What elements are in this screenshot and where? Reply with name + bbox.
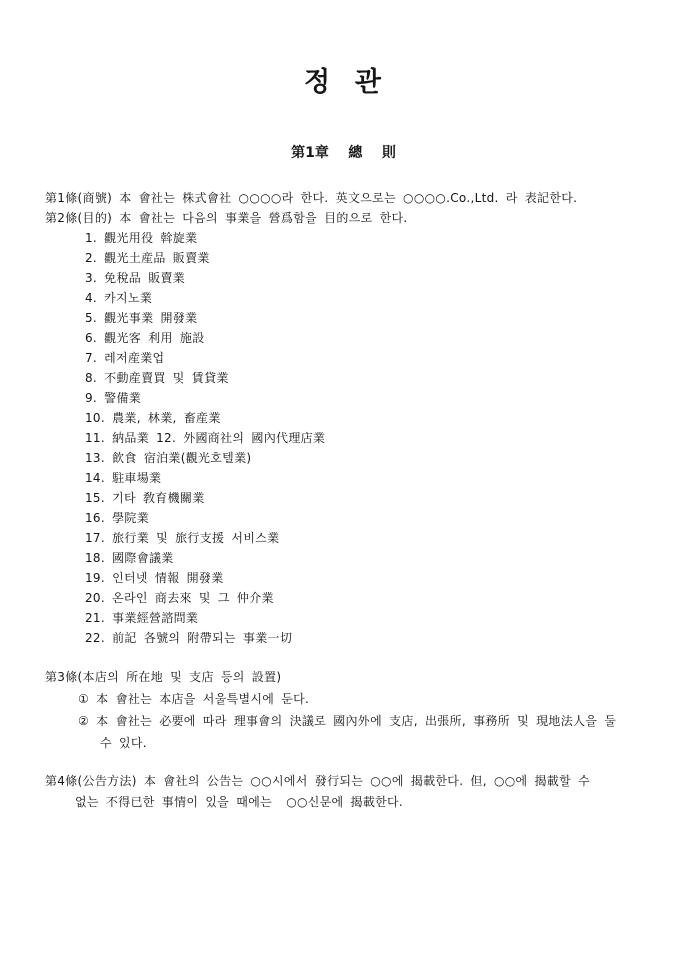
business-item: 15. 기타 敎育機關業 [45, 488, 642, 508]
article-4-line-2: 없는 不得已한 事情이 있을 때에는 ○○신문에 揭載한다. [45, 792, 642, 813]
article-4: 第4條(公告方法) 本 會社의 公告는 ○○시에서 發行되는 ○○에 揭載한다.… [45, 771, 642, 813]
business-item: 8. 不動産賣買 및 賃貸業 [45, 368, 642, 388]
business-item: 4. 카지노業 [45, 288, 642, 308]
business-item: 18. 國際會議業 [45, 548, 642, 568]
business-item: 1. 觀光用役 斡旋業 [45, 228, 642, 248]
business-item: 7. 레저産業업 [45, 348, 642, 368]
business-item: 3. 免稅品 販賣業 [45, 268, 642, 288]
business-item: 14. 駐車場業 [45, 468, 642, 488]
document-body: 第1條(商號) 本 會社는 株式會社 ○○○○라 한다. 英文으로는 ○○○○.… [45, 188, 642, 813]
document-page: 정 관 第1章 總 則 第1條(商號) 本 會社는 株式會社 ○○○○라 한다.… [0, 0, 680, 962]
article-1: 第1條(商號) 本 會社는 株式會社 ○○○○라 한다. 英文으로는 ○○○○.… [45, 188, 642, 208]
business-item: 5. 觀光事業 開發業 [45, 308, 642, 328]
business-item: 2. 觀光土産品 販賣業 [45, 248, 642, 268]
business-item: 10. 農業, 林業, 畜産業 [45, 408, 642, 428]
business-item: 19. 인터넷 情報 開發業 [45, 568, 642, 588]
business-item: 17. 旅行業 및 旅行支援 서비스業 [45, 528, 642, 548]
business-item: 9. 警備業 [45, 388, 642, 408]
article-3-heading: 第3條(本店의 所在地 및 支店 등의 設置) [45, 666, 642, 688]
business-item: 22. 前記 各號의 附帶되는 事業一切 [45, 628, 642, 648]
business-items-list: 1. 觀光用役 斡旋業2. 觀光土産品 販賣業3. 免稅品 販賣業4. 카지노業… [45, 228, 642, 648]
business-item: 21. 事業經營諮問業 [45, 608, 642, 628]
business-item: 11. 納品業 12. 外國商社의 國內代理店業 [45, 428, 642, 448]
article-3: 第3條(本店의 所在地 및 支店 등의 設置) ① 本 會社는 本店을 서울특별… [45, 666, 642, 754]
article-3-clause-2: ② 本 會社는 必要에 따라 理事會의 決議로 國內外에 支店, 出張所, 事務… [45, 710, 642, 732]
article-3-clause-1: ① 本 會社는 本店을 서울특별시에 둔다. [45, 688, 642, 710]
article-2: 第2條(目的) 本 會社는 다음의 事業을 營爲함을 目的으로 한다. [45, 208, 642, 228]
business-item: 13. 飮食 宿泊業(觀光호텔業) [45, 448, 642, 468]
business-item: 6. 觀光客 利用 施設 [45, 328, 642, 348]
chapter-heading: 第1章 總 則 [45, 144, 642, 162]
document-title: 정 관 [45, 66, 642, 100]
article-4-line-1: 第4條(公告方法) 本 會社의 公告는 ○○시에서 發行되는 ○○에 揭載한다.… [45, 771, 642, 792]
business-item: 20. 온라인 商去來 및 그 仲介業 [45, 588, 642, 608]
article-3-clause-2-continuation: 수 있다. [45, 732, 642, 754]
business-item: 16. 學院業 [45, 508, 642, 528]
